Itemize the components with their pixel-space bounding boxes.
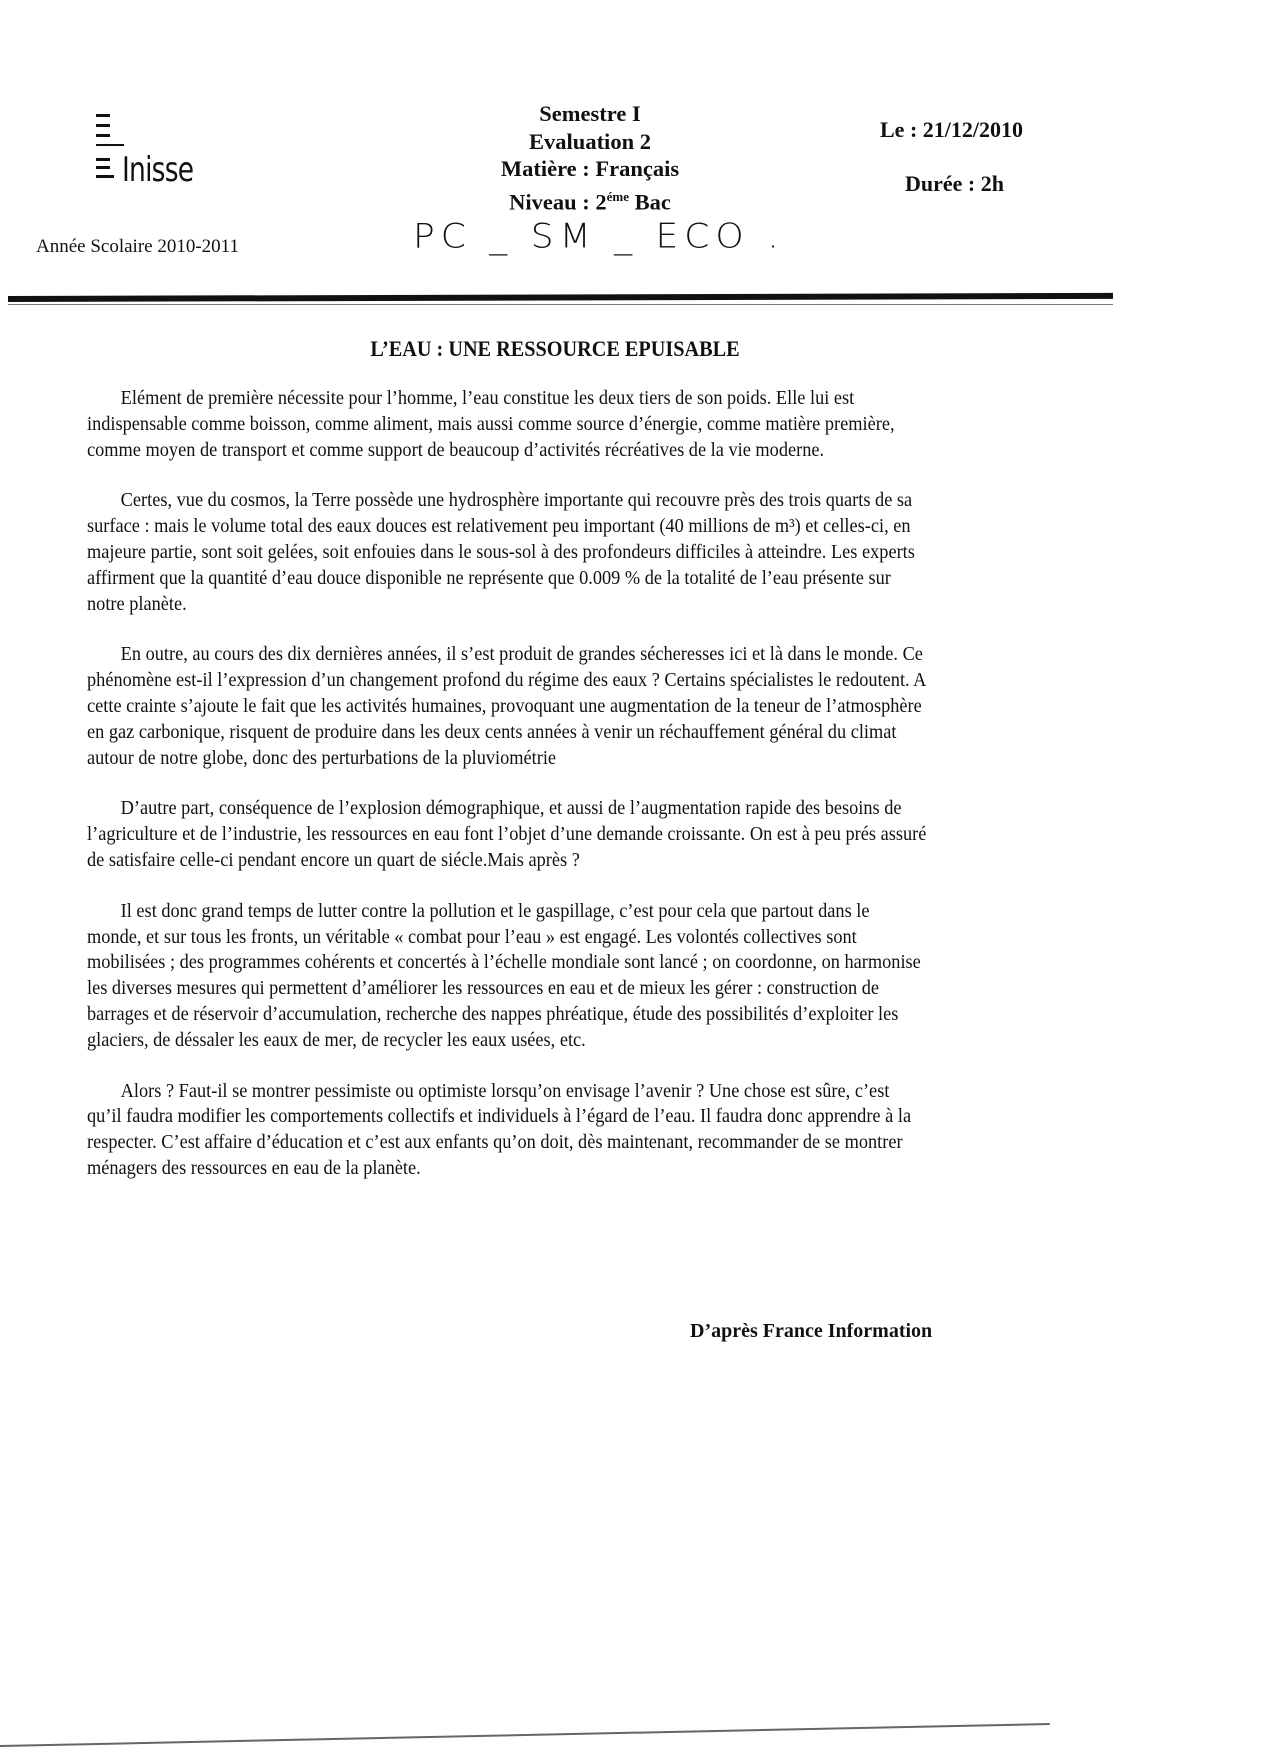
paragraph: D’autre part, conséquence de l’explosion… — [87, 796, 929, 873]
paragraph: Elément de première nécessite pour l’hom… — [87, 386, 929, 463]
header-divider — [8, 293, 1113, 302]
evaluation: Evaluation 2 — [440, 128, 740, 156]
exam-info: Semestre I Evaluation 2 Matière : França… — [440, 100, 740, 216]
school-logo-text: Inisse — [122, 150, 193, 190]
scan-artifact-line — [0, 1723, 1050, 1747]
document-title: L’EAU : UNE RESSOURCE EPUISABLE — [44, 336, 1065, 362]
paragraph: Certes, vue du cosmos, la Terre possède … — [87, 488, 929, 617]
paragraph: Alors ? Faut-il se montrer pessimiste ou… — [87, 1079, 929, 1182]
school-logo: Inisse — [96, 88, 206, 198]
exam-date: Le : 21/12/2010 — [880, 117, 1023, 143]
paragraph: En outre, au cours des dix dernières ann… — [87, 642, 929, 771]
school-year: Année Scolaire 2010-2011 — [36, 236, 239, 258]
subject: Matière : Français — [440, 155, 740, 183]
paragraph: Il est donc grand temps de lutter contre… — [87, 899, 929, 1054]
source-attribution: D’après France Information — [690, 1320, 932, 1343]
semester: Semestre I — [440, 100, 740, 128]
exam-meta: Le : 21/12/2010 Durée : 2h — [880, 117, 1023, 197]
handwritten-streams: PC _ SM _ ECO . — [413, 217, 785, 256]
level: Niveau : 2éme Bac — [440, 183, 740, 216]
document-body: Elément de première nécessite pour l’hom… — [87, 386, 929, 1207]
exam-duration: Durée : 2h — [905, 171, 1023, 197]
header-divider-shadow — [8, 304, 1113, 305]
